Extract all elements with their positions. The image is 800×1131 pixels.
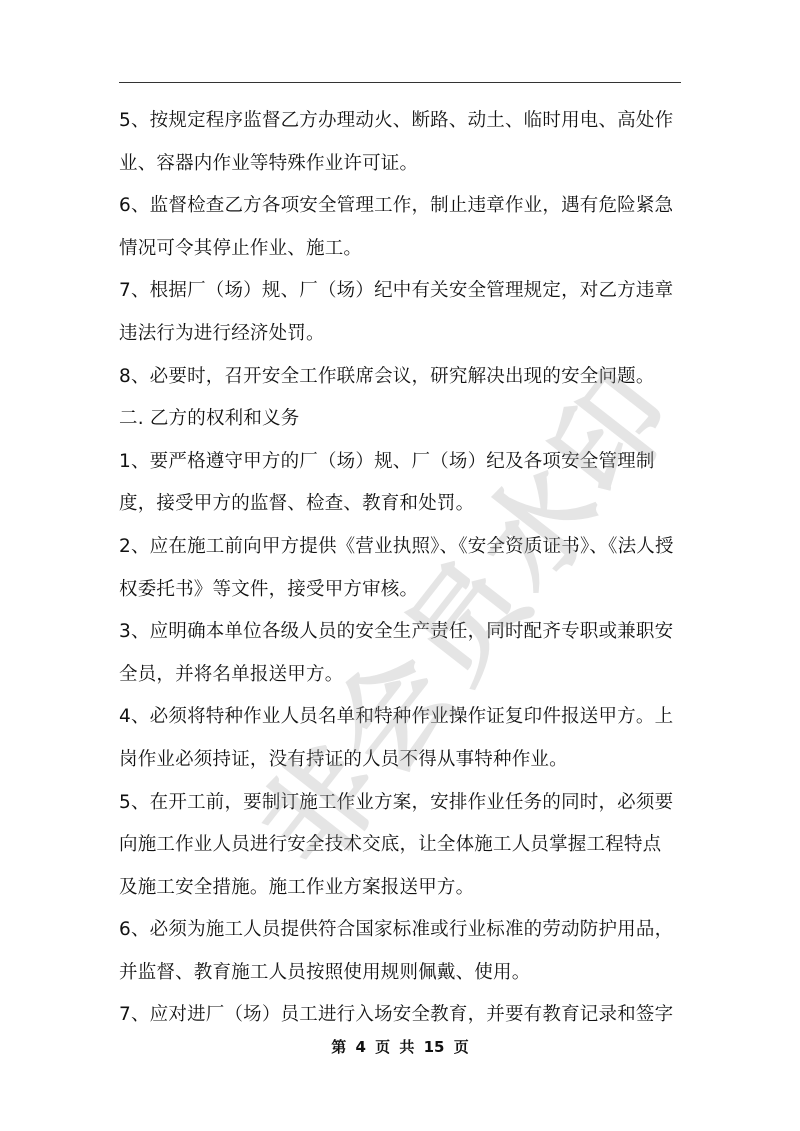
text-line: 业、容器内作业等特殊作业许可证。 bbox=[119, 146, 689, 189]
text-line: 4、必须将特种作业人员名单和特种作业操作证复印件报送甲方。上 bbox=[119, 699, 689, 742]
text-line: 7、根据厂（场）规、厂（场）纪中有关安全管理规定，对乙方违章 bbox=[119, 273, 689, 316]
text-line: 度，接受甲方的监督、检查、教育和处罚。 bbox=[119, 486, 689, 529]
document-body: 5、按规定程序监督乙方办理动火、断路、动土、临时用电、高处作 业、容器内作业等特… bbox=[119, 103, 689, 1040]
text-line: 5、在开工前，要制订施工作业方案，安排作业任务的同时，必须要 bbox=[119, 785, 689, 828]
text-line: 及施工安全措施。施工作业方案报送甲方。 bbox=[119, 870, 689, 913]
text-line: 情况可令其停止作业、施工。 bbox=[119, 231, 689, 274]
text-line: 向施工作业人员进行安全技术交底，让全体施工人员掌握工程特点 bbox=[119, 827, 689, 870]
text-line: 1、要严格遵守甲方的厂（场）规、厂（场）纪及各项安全管理制 bbox=[119, 444, 689, 487]
text-line: 3、应明确本单位各级人员的安全生产责任，同时配齐专职或兼职安 bbox=[119, 614, 689, 657]
text-line: 岗作业必须持证，没有持证的人员不得从事特种作业。 bbox=[119, 742, 689, 785]
text-line: 权委托书》等文件，接受甲方审核。 bbox=[119, 572, 689, 615]
text-line: 2、应在施工前向甲方提供《营业执照》、《安全资质证书》、《法人授 bbox=[119, 529, 689, 572]
text-line: 违法行为进行经济处罚。 bbox=[119, 316, 689, 359]
text-line: 6、监督检查乙方各项安全管理工作，制止违章作业，遇有危险紧急 bbox=[119, 188, 689, 231]
text-line: 6、必须为施工人员提供符合国家标准或行业标准的劳动防护用品， bbox=[119, 912, 689, 955]
text-line: 8、必要时，召开安全工作联席会议，研究解决出现的安全问题。 bbox=[119, 359, 689, 402]
page-number: 第 4 页 共 15 页 bbox=[0, 1036, 800, 1057]
text-line: 并监督、教育施工人员按照使用规则佩戴、使用。 bbox=[119, 955, 689, 998]
text-line: 7、应对进厂（场）员工进行入场安全教育，并要有教育记录和签字 bbox=[119, 997, 689, 1040]
text-line: 全员，并将名单报送甲方。 bbox=[119, 657, 689, 700]
section-heading: 二. 乙方的权利和义务 bbox=[119, 401, 689, 444]
text-line: 5、按规定程序监督乙方办理动火、断路、动土、临时用电、高处作 bbox=[119, 103, 689, 146]
header-divider bbox=[119, 82, 681, 83]
